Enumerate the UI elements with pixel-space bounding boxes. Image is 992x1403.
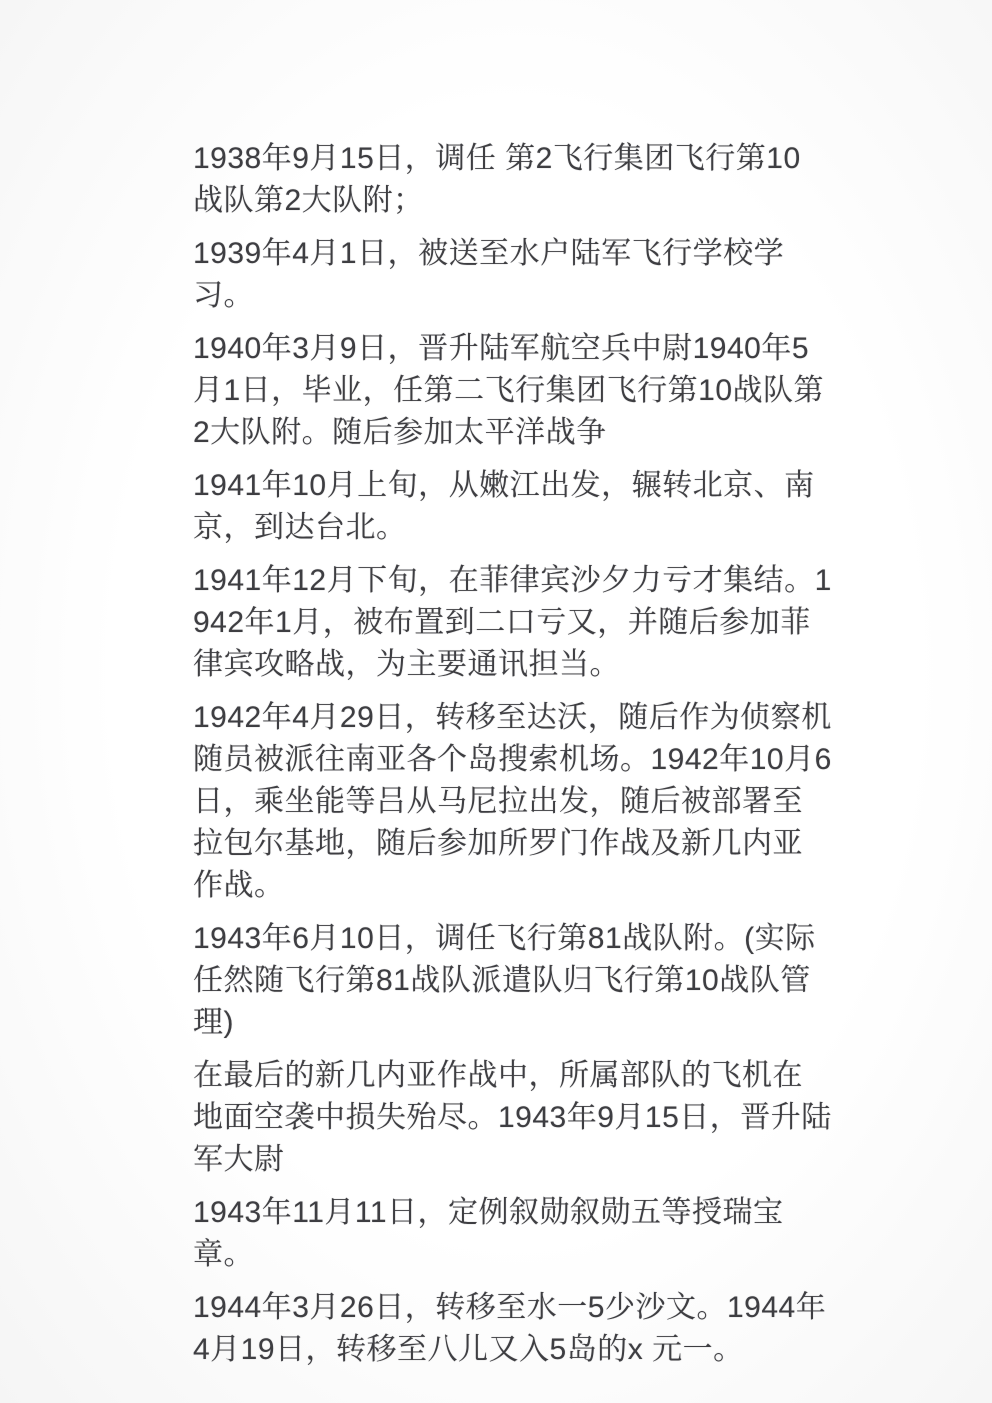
document-text-block: 1938年9月15日，调任 第2飞行集团飞行第10 战队第2大队附； 1939年… (193, 138, 833, 1382)
paragraph-1943-06-10: 1943年6月10日，调任飞行第81战队附。(实际任然随飞行第81战队派遣队归飞… (193, 918, 833, 1044)
paragraph-1941-12: 1941年12月下旬，在菲律宾沙夕力亏才集结。1942年1月，被布置到二口亏又，… (193, 560, 833, 686)
paragraph-1938-09-15: 1938年9月15日，调任 第2飞行集团飞行第10 战队第2大队附； (193, 138, 833, 222)
paragraph-1943-11-11: 1943年11月11日，定例叙勋叙勋五等授瑞宝章。 (193, 1192, 833, 1276)
paragraph-1940-03-09: 1940年3月9日，晋升陆军航空兵中尉1940年5月1日，毕业，任第二飞行集团飞… (193, 328, 833, 454)
paragraph-new-guinea: 在最后的新几内亚作战中，所属部队的飞机在地面空袭中损失殆尽。1943年9月15日… (193, 1055, 833, 1181)
paragraph-1939-04-01: 1939年4月1日，被送至水户陆军飞行学校学习。 (193, 233, 833, 317)
paragraph-1944-03-26: 1944年3月26日，转移至水一5少沙文。1944年4月19日，转移至八儿又入5… (193, 1287, 833, 1371)
paragraph-1942-04-29: 1942年4月29日，转移至达沃，随后作为侦察机随员被派往南亚各个岛搜索机场。1… (193, 697, 833, 907)
paragraph-1941-10: 1941年10月上旬，从嫩江出发，辗转北京、南京，到达台北。 (193, 465, 833, 549)
page: { "page": { "background_color": "#ffffff… (0, 0, 992, 1403)
